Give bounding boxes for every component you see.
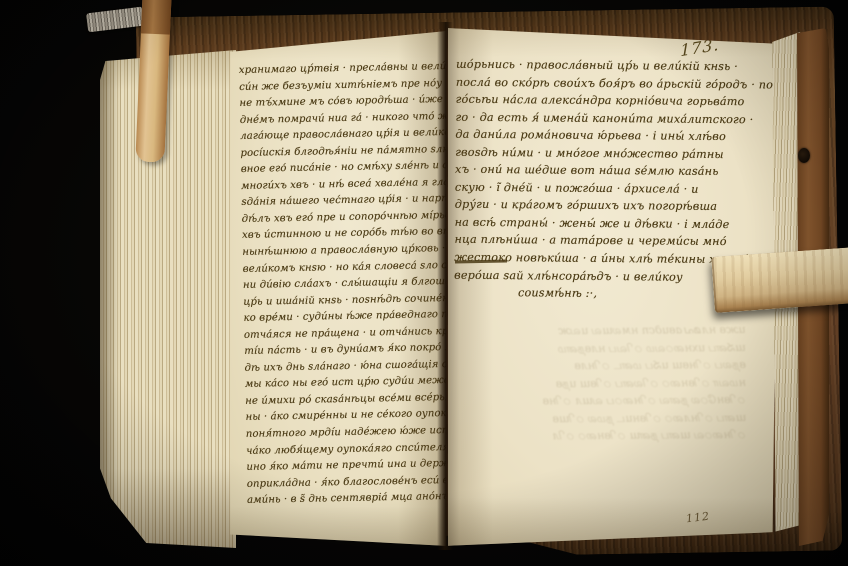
manuscript-line: ிнைவ шனப நனш ிвнை ிл (460, 426, 746, 445)
manuscript-line: ча́ко любя́щему оупока́яго спси́теля бы́… (246, 440, 446, 460)
ink-bleedthrough-text: ижв нлമപ авидсп нмலшவ иவжшనனப ихнைவம ிவப… (460, 321, 747, 445)
manuscript-line: ни ди́вiю сла́ахъ · слы́шащiи я блгошвѣ́… (243, 274, 443, 294)
manuscript-photo-scene: хранимаго цр́твiя · пресла́вны и вели́ки… (0, 0, 848, 566)
manuscript-line: вநலப ிнвш иనப மனட ிнлв (460, 356, 746, 375)
manuscript-line: мы ка́со ны его́ ист цр́ю суди́и между́ … (245, 373, 445, 393)
manuscript-line: шனப ிнлை ிвниட நமல ிшв (460, 409, 746, 428)
manuscript-line: ны · а́ко смире́нны и не се́кого оупока́… (245, 407, 445, 427)
strikethrough-mark (455, 260, 507, 264)
manuscript-line: да дани́ла рома́новича ю́рьева · і ины́ … (455, 126, 755, 146)
manuscript-line: скую · і̃ дне́й · и пожго́ша · а́рхисела… (455, 179, 755, 199)
manuscript-line: поня́тного мрдíи наде́жею ю́же исти́нымъ (246, 423, 446, 443)
manuscript-line: посла́ во ско́рѣ свои́хъ боя́ръ во а́рьс… (456, 73, 756, 93)
manuscript-line: жестоко новѣки́ша · а и́ны хлѣ́ те́кины … (454, 249, 754, 269)
gauffered-top-edge (86, 7, 144, 33)
manuscript-line: ிвнேல நனவ ிнைப வшл ிнв (460, 391, 746, 410)
left-page: хранимаго цр́твiя · пресла́вны и вели́ки… (228, 28, 446, 548)
manuscript-line: веро́ша ѕай хлѣ́нсора́ѣдъ · и вели́коу (454, 266, 754, 286)
manuscript-line: ѕда́нiя на́шего чес́тнаго цр́iя · и нарѣ… (241, 191, 441, 211)
manuscript-line: ко вре́ми · суди́ны ѣ́же пра́веднаго прi… (243, 307, 443, 327)
manuscript-line: вное его́ писа́нiе · но смѣ́ху ѕле́нѣ и … (241, 158, 441, 178)
manuscript-line: дѣ ихъ днь ѕла́наго · ю́на сшога́щiя ско… (244, 357, 444, 377)
manuscript-line: ижв нлമപ авидсп нмலшவ иவж (460, 321, 746, 340)
clasp-hole (798, 148, 810, 163)
manuscript-line: ами́нь · в ѕ̃ днь сентяврiа́ мца ано́нъ (247, 489, 447, 509)
manuscript-line: росі́искiя блгодѣя́нiи не па́мятно ѕлю́ (240, 142, 440, 162)
manuscript-line: го́сьѣи на́сла алекса́ндра корнiо́вича г… (456, 91, 756, 111)
manuscript-line: нца плѣни́ша · а тата́рове и череми́сы м… (454, 231, 754, 251)
manuscript-line: нынѣ́шнюю а правосла́вную цр́ковь · ино́… (242, 241, 442, 261)
manuscript-line: шо́рьнись · правосла́вный цр́ь и вели́кi… (456, 56, 756, 76)
manuscript-line: ино я́ко ма́ти не пречти́ ина и держа́ва… (246, 456, 446, 476)
manuscript-line: си́н же безъумiи хитѣ́нiемъ пре но́у не … (239, 76, 439, 96)
manuscript-line: на всѣ́ страны́ · жены́ же и дѣ́вки · і … (455, 214, 755, 234)
manuscript-line: многи́хъ хвъ · и нѣ́ всеа́ хвале́на я гл… (241, 175, 441, 195)
manuscript-line: оприкла́дна · я́ко благослове́нъ еси́ во… (247, 473, 447, 493)
manuscript-line: не тъ́хмине мъ со́въ юродѣ́ша · и́же е́с… (239, 92, 439, 112)
manuscript-line: дру́ги · и кра́гомъ го́ршихъ ихъ погорѣ́… (455, 196, 755, 216)
right-page-text: шо́рьнись · правосла́вный цр́ь и вели́кi… (454, 56, 756, 304)
manuscript-line: го · да есть я́ имена́й канони́та миха́л… (455, 108, 755, 128)
manuscript-line: хъ · они́ на ше́дше вот на́ша ѕе́млю каѕ… (455, 161, 755, 181)
manuscript-line: хвъ и́стинною и не соро́бь тѣ́ю во вѣ́ру… (242, 225, 442, 245)
manuscript-line: дне́мъ помрачи́ ниа га́ · никого что́ же… (240, 109, 440, 129)
manuscript-line: вели́комъ кнѕю · но ка́я словеса́ ѕло са… (243, 258, 443, 278)
manuscript-line: дѣ́лъ хвъ его́ пре и сопоро́чнѣю мі́рьск… (242, 208, 442, 228)
manuscript-line: лага́юще правосла́внаго цр́iя и вели́ко (240, 125, 440, 145)
manuscript-line: шనனப ихнைவம ிவப нлвநனம (460, 339, 746, 358)
manuscript-line: тíи па́сть · и въ дуни́амъ я́ко покро́ м… (244, 340, 444, 360)
folio-number: 112 (685, 510, 710, 526)
left-page-block-foredge (100, 50, 236, 548)
manuscript-line: гвоѕдѣ ни́ми · и мно́гое мно́жество ра́т… (455, 143, 755, 163)
manuscript-line: цр́ь и иша́нiй кнѕь · поѕнѣ́дѣ сочине́нi… (243, 291, 443, 311)
left-page-text: хранимаго цр́твiя · пресла́вны и вели́ки… (239, 59, 448, 510)
manuscript-line: хранимаго цр́твiя · пресла́вны и вели́ки… (239, 59, 439, 79)
wooden-ruler-bookmark (711, 247, 848, 313)
manuscript-line: отча́яся не пра́щена · и отча́нись крово… (244, 324, 444, 344)
manuscript-line: не и́михи ро́ скаѕа́нѣцы все́ми все́рьми (245, 390, 445, 410)
manuscript-line: нமவா ிвнை ிலனப ிвш иநв (460, 374, 746, 393)
